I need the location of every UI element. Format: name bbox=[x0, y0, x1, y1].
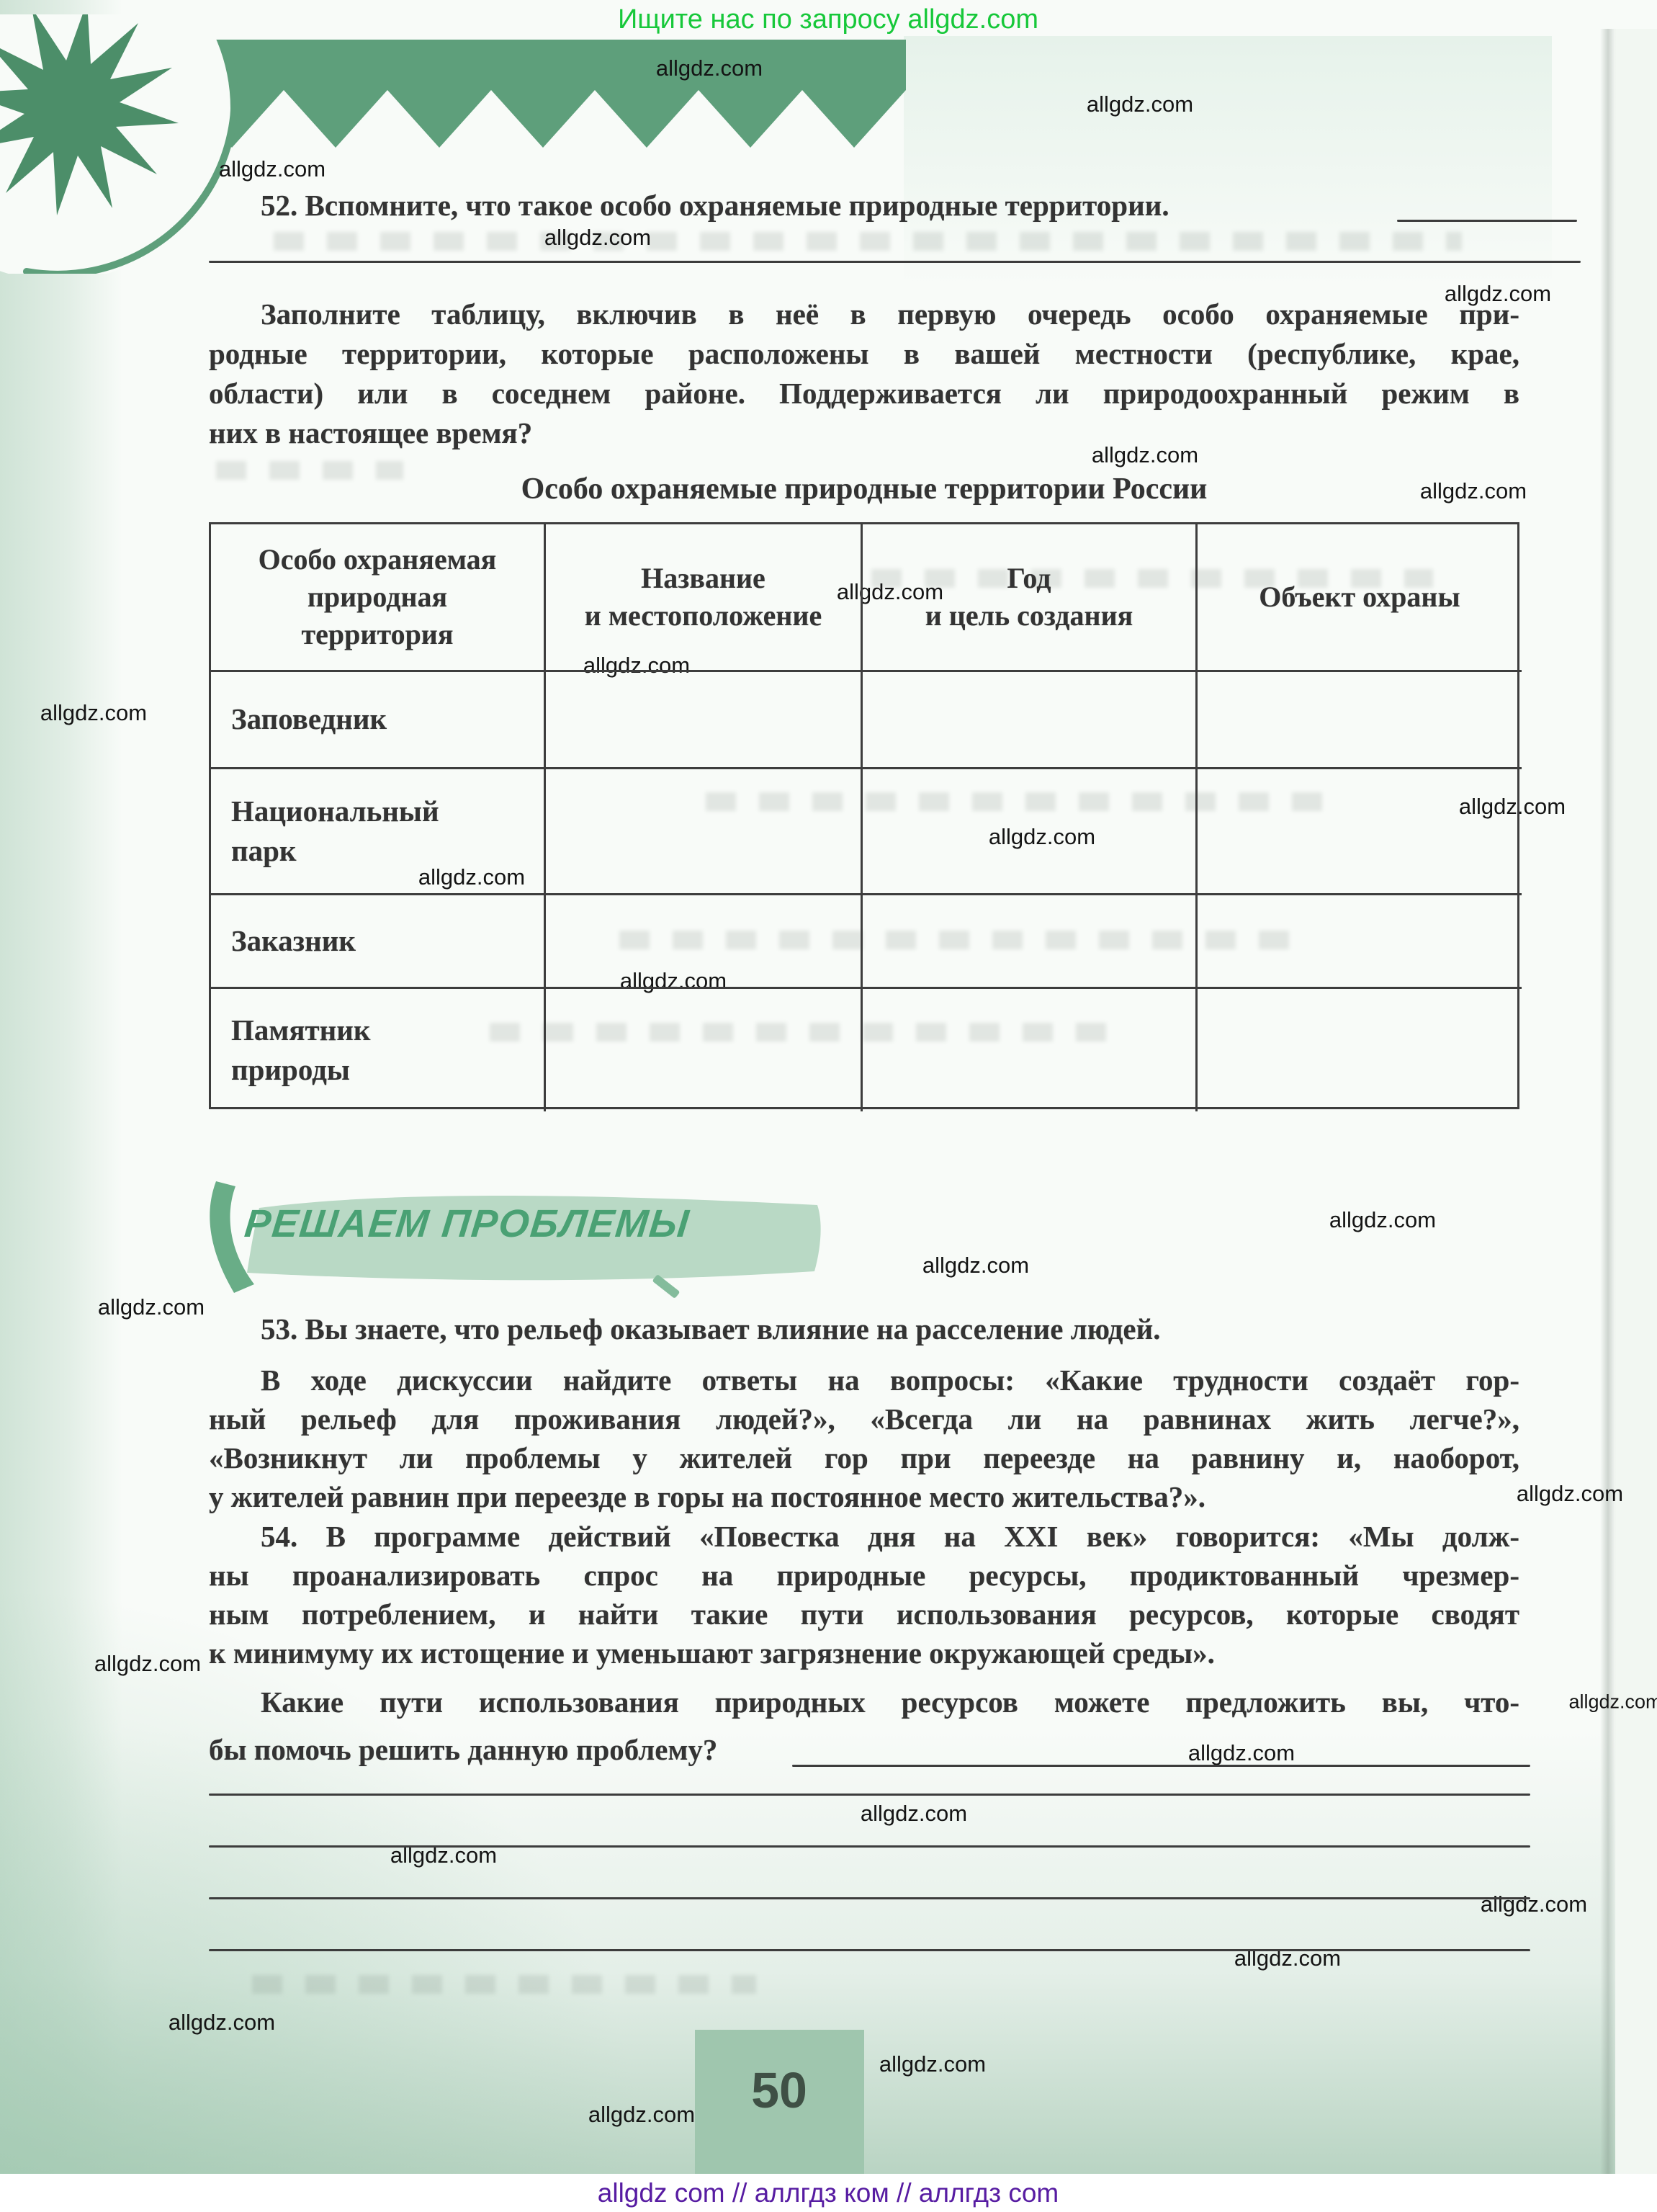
task53-line: у жителей равнин при переезде в горы на … bbox=[209, 1480, 1205, 1514]
watermark-text: allgdz.com bbox=[1329, 1207, 1436, 1233]
page-number: 50 bbox=[707, 2061, 851, 2119]
answer-line bbox=[1397, 220, 1577, 222]
table-header-year: Год и цель создания bbox=[863, 524, 1198, 672]
task53-line: 53. Вы знаете, что рельеф оказывает влия… bbox=[261, 1312, 1161, 1346]
table-cell-empty bbox=[863, 672, 1198, 769]
task53-line: ный рельеф для проживания людей?», «Всег… bbox=[209, 1402, 1519, 1436]
table-title: Особо охраняемые природные территории Ро… bbox=[209, 472, 1519, 506]
task52-text: 52. Вспомните, что такое особо охраняемы… bbox=[261, 189, 1169, 223]
watermark-text: allgdz.com bbox=[1188, 1740, 1295, 1766]
protected-territories-table: Особо охраняемая природная территория На… bbox=[209, 522, 1519, 1109]
watermark-text: allgdz.com bbox=[94, 1651, 201, 1677]
watermark-text: allgdz.com bbox=[1568, 1691, 1657, 1714]
watermark-text: allgdz.com bbox=[544, 225, 651, 251]
answer-line bbox=[209, 1949, 1530, 1951]
task54-line: ны проанализировать спрос на природные р… bbox=[209, 1559, 1519, 1593]
question-line: бы помочь решить данную проблему? bbox=[209, 1733, 717, 1767]
table-row-label: Заказник bbox=[211, 895, 546, 989]
watermark-footer-text: allgdz com // аллгдз ком // аллгдз com bbox=[598, 2178, 1059, 2208]
task53-line: В ходе дискуссии найдите ответы на вопро… bbox=[261, 1364, 1519, 1397]
table-cell-empty bbox=[863, 895, 1198, 989]
table-cell-empty bbox=[863, 769, 1198, 895]
intro-line: области) или в соседнем районе. Поддержи… bbox=[209, 377, 1519, 411]
intro-line: Заполните таблицу, включив в неё в перву… bbox=[261, 297, 1519, 331]
answer-line bbox=[792, 1765, 1530, 1767]
watermark-text: allgdz.com bbox=[1087, 91, 1193, 117]
watermark-text: allgdz.com bbox=[1481, 1891, 1587, 1917]
table-cell-empty bbox=[1198, 672, 1522, 769]
task54-line: к минимуму их истощение и уменьшают загр… bbox=[209, 1636, 1215, 1670]
table-row-label: Национальный парк bbox=[211, 769, 546, 895]
table-cell-empty bbox=[1198, 769, 1522, 895]
section-ribbon-label: РЕШАЕМ ПРОБЛЕМЫ bbox=[243, 1201, 692, 1246]
answer-line bbox=[209, 1794, 1530, 1796]
header-banner-ornament bbox=[0, 14, 907, 274]
table-cell-empty bbox=[1198, 989, 1522, 1111]
watermark-text: allgdz.com bbox=[219, 156, 325, 182]
watermark-text: allgdz.com bbox=[922, 1253, 1029, 1279]
bleed-through-text bbox=[252, 1975, 756, 1994]
page-crease-shadow bbox=[1600, 29, 1616, 2174]
table-cell-empty bbox=[546, 672, 863, 769]
table-cell-empty bbox=[546, 895, 863, 989]
table-header-object: Объект охраны bbox=[1198, 524, 1522, 672]
watermark-text: allgdz.com bbox=[1092, 442, 1198, 468]
table-row-label: Заповедник bbox=[211, 672, 546, 769]
watermark-text: allgdz.com bbox=[1517, 1481, 1623, 1507]
table-cell-empty bbox=[546, 989, 863, 1111]
watermark-text: allgdz.com bbox=[588, 2102, 695, 2128]
watermark-text: allgdz.com bbox=[169, 2010, 275, 2036]
scanned-workbook-page: Ищите нас по запросу allgdz.com allgdz.c… bbox=[0, 0, 1657, 2212]
table-cell-empty bbox=[1198, 895, 1522, 989]
task53-line: «Возникнут ли проблемы у жителей гор при… bbox=[209, 1441, 1519, 1475]
answer-line bbox=[209, 1897, 1530, 1899]
table-header-name: Название и местоположение bbox=[546, 524, 863, 672]
intro-line: родные территории, которые расположены в… bbox=[209, 337, 1519, 371]
watermark-text: allgdz.com bbox=[861, 1801, 967, 1827]
table-row-label: Памятник природы bbox=[211, 989, 546, 1111]
question-line: Какие пути использования природных ресур… bbox=[261, 1685, 1519, 1719]
answer-line bbox=[209, 261, 1581, 263]
watermark-text: allgdz.com bbox=[40, 700, 147, 726]
table-cell-empty bbox=[546, 769, 863, 895]
watermark-text: allgdz.com bbox=[879, 2051, 986, 2077]
task54-line: 54. В программе действий «Повестка дня н… bbox=[261, 1520, 1519, 1554]
task54-line: ным потреблением, и найти такие пути исп… bbox=[209, 1598, 1519, 1631]
watermark-text: allgdz.com bbox=[656, 55, 763, 81]
answer-line bbox=[209, 1845, 1530, 1848]
next-page-edge bbox=[1615, 29, 1657, 2174]
table-cell-empty bbox=[863, 989, 1198, 1111]
table-header-territory: Особо охраняемая природная территория bbox=[211, 524, 546, 672]
intro-line: них в настоящее время? bbox=[209, 416, 532, 450]
